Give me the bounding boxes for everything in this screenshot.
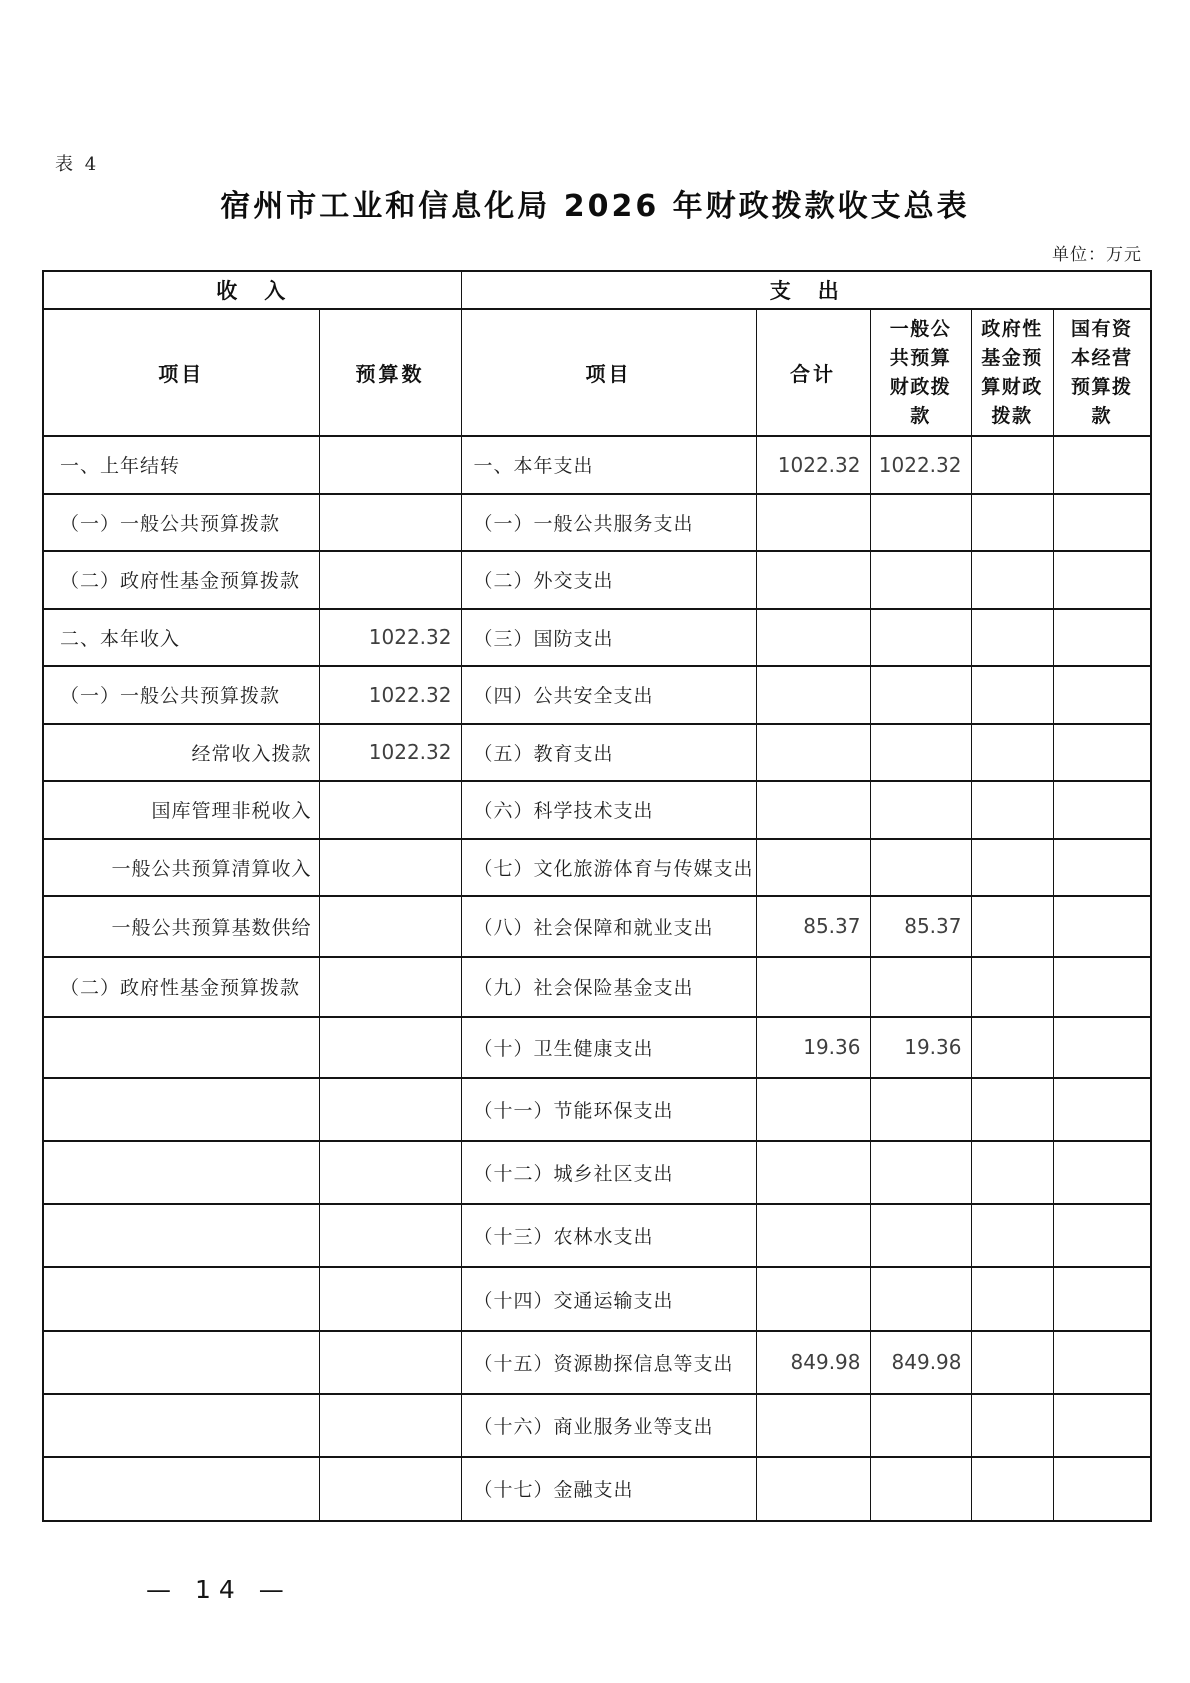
income-budget-cell xyxy=(319,1457,461,1520)
expense-total-cell xyxy=(756,609,870,667)
state-capital-budget-cell xyxy=(1053,436,1151,494)
expense-item-cell: （八）社会保障和就业支出 xyxy=(461,896,756,957)
expense-item-cell: （十二）城乡社区支出 xyxy=(461,1141,756,1204)
col-header-gov-fund-label: 政府性基金预算财政拨款 xyxy=(981,315,1043,431)
gov-fund-budget-cell xyxy=(971,609,1053,667)
income-item-cell xyxy=(43,1394,319,1457)
expense-total-cell xyxy=(756,551,870,609)
expense-item-cell: 一、本年支出 xyxy=(461,436,756,494)
income-budget-cell xyxy=(319,957,461,1018)
expense-item-cell: （二）外交支出 xyxy=(461,551,756,609)
table-row: （十四）交通运输支出 xyxy=(43,1267,1151,1330)
expense-total-cell: 849.98 xyxy=(756,1331,870,1394)
page-number: — 14 — xyxy=(146,1575,292,1604)
expense-item-cell: （十）卫生健康支出 xyxy=(461,1017,756,1078)
income-budget-cell: 1022.32 xyxy=(319,609,461,667)
income-item-cell xyxy=(43,1457,319,1520)
expense-item-cell: （十五）资源勘探信息等支出 xyxy=(461,1331,756,1394)
table-row: （十三）农林水支出 xyxy=(43,1204,1151,1267)
income-item-cell: 二、本年收入 xyxy=(43,609,319,667)
table-head: 收 入 支 出 项目 预算数 项目 合计 一般公共预算财政拨款 政府性基金预算财… xyxy=(43,271,1151,436)
state-capital-budget-cell xyxy=(1053,1204,1151,1267)
income-item-cell xyxy=(43,1204,319,1267)
gov-fund-budget-cell xyxy=(971,1267,1053,1330)
table-row: 国库管理非税收入 （六）科学技术支出 xyxy=(43,781,1151,839)
income-item-cell xyxy=(43,1017,319,1078)
unit-note: 单位：万元 xyxy=(1052,240,1142,265)
table-row: （二）政府性基金预算拨款 （九）社会保险基金支出 xyxy=(43,957,1151,1018)
state-capital-budget-cell xyxy=(1053,1017,1151,1078)
expense-item-cell: （九）社会保险基金支出 xyxy=(461,957,756,1018)
state-capital-budget-cell xyxy=(1053,1457,1151,1520)
col-header-state-capital-label: 国有资本经营预算拨款 xyxy=(1071,315,1133,431)
income-section-header: 收 入 xyxy=(43,271,461,309)
table-row: 一、上年结转 一、本年支出 1022.32 1022.32 xyxy=(43,436,1151,494)
table-row: （十一）节能环保支出 xyxy=(43,1078,1151,1141)
gov-fund-budget-cell xyxy=(971,1331,1053,1394)
section-header-row: 收 入 支 出 xyxy=(43,271,1151,309)
income-item-cell: （二）政府性基金预算拨款 xyxy=(43,957,319,1018)
gov-fund-budget-cell xyxy=(971,1141,1053,1204)
income-item-cell xyxy=(43,1078,319,1141)
col-header-total: 合计 xyxy=(756,309,870,436)
expense-total-cell xyxy=(756,1204,870,1267)
table-row: 经常收入拨款 1022.32 （五）教育支出 xyxy=(43,724,1151,782)
state-capital-budget-cell xyxy=(1053,494,1151,552)
expense-total-cell xyxy=(756,494,870,552)
income-budget-cell: 1022.32 xyxy=(319,666,461,724)
income-budget-cell xyxy=(319,781,461,839)
state-capital-budget-cell xyxy=(1053,1078,1151,1141)
table-row: 一般公共预算基数供给 （八）社会保障和就业支出 85.37 85.37 xyxy=(43,896,1151,957)
expense-item-cell: （十三）农林水支出 xyxy=(461,1204,756,1267)
state-capital-budget-cell xyxy=(1053,609,1151,667)
general-public-budget-cell xyxy=(870,957,971,1018)
expense-item-cell: （七）文化旅游体育与传媒支出 xyxy=(461,839,756,897)
col-header-income-item: 项目 xyxy=(43,309,319,436)
general-public-budget-cell xyxy=(870,781,971,839)
state-capital-budget-cell xyxy=(1053,1331,1151,1394)
income-budget-cell: 1022.32 xyxy=(319,724,461,782)
income-budget-cell xyxy=(319,896,461,957)
expense-item-cell: （五）教育支出 xyxy=(461,724,756,782)
expense-total-cell xyxy=(756,724,870,782)
state-capital-budget-cell xyxy=(1053,1141,1151,1204)
expense-item-cell: （四）公共安全支出 xyxy=(461,666,756,724)
expense-item-cell: （十六）商业服务业等支出 xyxy=(461,1394,756,1457)
expense-item-cell: （十七）金融支出 xyxy=(461,1457,756,1520)
income-item-cell: 经常收入拨款 xyxy=(43,724,319,782)
income-item-cell: 一般公共预算基数供给 xyxy=(43,896,319,957)
gov-fund-budget-cell xyxy=(971,666,1053,724)
expense-total-cell: 85.37 xyxy=(756,896,870,957)
expense-total-cell xyxy=(756,957,870,1018)
income-item-cell xyxy=(43,1267,319,1330)
income-item-cell: 一、上年结转 xyxy=(43,436,319,494)
table-row: （十七）金融支出 xyxy=(43,1457,1151,1520)
gov-fund-budget-cell xyxy=(971,1457,1053,1520)
state-capital-budget-cell xyxy=(1053,1267,1151,1330)
expense-total-cell xyxy=(756,1267,870,1330)
state-capital-budget-cell xyxy=(1053,666,1151,724)
income-budget-cell xyxy=(319,839,461,897)
expense-item-cell: （十四）交通运输支出 xyxy=(461,1267,756,1330)
general-public-budget-cell xyxy=(870,1141,971,1204)
general-public-budget-cell xyxy=(870,494,971,552)
table-row: （十五）资源勘探信息等支出 849.98 849.98 xyxy=(43,1331,1151,1394)
income-item-cell: 一般公共预算清算收入 xyxy=(43,839,319,897)
income-budget-cell xyxy=(319,1204,461,1267)
income-item-cell xyxy=(43,1141,319,1204)
general-public-budget-cell: 849.98 xyxy=(870,1331,971,1394)
state-capital-budget-cell xyxy=(1053,957,1151,1018)
column-header-row: 项目 预算数 项目 合计 一般公共预算财政拨款 政府性基金预算财政拨款 国有资本… xyxy=(43,309,1151,436)
expense-total-cell xyxy=(756,781,870,839)
expense-total-cell xyxy=(756,1078,870,1141)
expense-total-cell xyxy=(756,1457,870,1520)
table-row: （十六）商业服务业等支出 xyxy=(43,1394,1151,1457)
state-capital-budget-cell xyxy=(1053,1394,1151,1457)
table-row: （十）卫生健康支出 19.36 19.36 xyxy=(43,1017,1151,1078)
state-capital-budget-cell xyxy=(1053,724,1151,782)
table-row: （一）一般公共预算拨款 1022.32 （四）公共安全支出 xyxy=(43,666,1151,724)
income-budget-cell xyxy=(319,1394,461,1457)
income-budget-cell xyxy=(319,1078,461,1141)
expense-item-cell: （一）一般公共服务支出 xyxy=(461,494,756,552)
income-item-cell xyxy=(43,1331,319,1394)
general-public-budget-cell xyxy=(870,839,971,897)
income-budget-cell xyxy=(319,1331,461,1394)
table-body: 一、上年结转 一、本年支出 1022.32 1022.32 （一）一般公共预算拨… xyxy=(43,436,1151,1521)
state-capital-budget-cell xyxy=(1053,781,1151,839)
general-public-budget-cell xyxy=(870,1267,971,1330)
gov-fund-budget-cell xyxy=(971,781,1053,839)
page-title: 宿州市工业和信息化局 2026 年财政拨款收支总表 xyxy=(0,181,1190,225)
expense-total-cell xyxy=(756,1394,870,1457)
general-public-budget-cell xyxy=(870,724,971,782)
general-public-budget-cell xyxy=(870,551,971,609)
income-item-cell: （二）政府性基金预算拨款 xyxy=(43,551,319,609)
gov-fund-budget-cell xyxy=(971,551,1053,609)
gov-fund-budget-cell xyxy=(971,957,1053,1018)
state-capital-budget-cell xyxy=(1053,896,1151,957)
table-tag: 表 4 xyxy=(55,150,99,176)
table-row: 一般公共预算清算收入 （七）文化旅游体育与传媒支出 xyxy=(43,839,1151,897)
income-budget-cell xyxy=(319,1141,461,1204)
general-public-budget-cell xyxy=(870,1457,971,1520)
col-header-expense-item: 项目 xyxy=(461,309,756,436)
table-row: 二、本年收入 1022.32 （三）国防支出 xyxy=(43,609,1151,667)
table-row: （十二）城乡社区支出 xyxy=(43,1141,1151,1204)
expense-total-cell xyxy=(756,666,870,724)
general-public-budget-cell xyxy=(870,666,971,724)
general-public-budget-cell xyxy=(870,1204,971,1267)
gov-fund-budget-cell xyxy=(971,724,1053,782)
income-budget-cell xyxy=(319,436,461,494)
state-capital-budget-cell xyxy=(1053,551,1151,609)
income-item-cell: 国库管理非税收入 xyxy=(43,781,319,839)
col-header-gov-fund: 政府性基金预算财政拨款 xyxy=(971,309,1053,436)
general-public-budget-cell: 1022.32 xyxy=(870,436,971,494)
gov-fund-budget-cell xyxy=(971,494,1053,552)
state-capital-budget-cell xyxy=(1053,839,1151,897)
expense-item-cell: （十一）节能环保支出 xyxy=(461,1078,756,1141)
col-header-general-public-label: 一般公共预算财政拨款 xyxy=(890,315,952,431)
income-budget-cell xyxy=(319,1267,461,1330)
general-public-budget-cell: 85.37 xyxy=(870,896,971,957)
col-header-state-capital: 国有资本经营预算拨款 xyxy=(1053,309,1151,436)
col-header-budget: 预算数 xyxy=(319,309,461,436)
expense-total-cell: 1022.32 xyxy=(756,436,870,494)
expense-total-cell: 19.36 xyxy=(756,1017,870,1078)
document-page: 表 4 宿州市工业和信息化局 2026 年财政拨款收支总表 单位：万元 收 入 … xyxy=(0,0,1190,1683)
expense-section-header: 支 出 xyxy=(461,271,1151,309)
expense-total-cell xyxy=(756,1141,870,1204)
general-public-budget-cell xyxy=(870,1078,971,1141)
general-public-budget-cell xyxy=(870,609,971,667)
income-item-cell: （一）一般公共预算拨款 xyxy=(43,666,319,724)
table-row: （二）政府性基金预算拨款 （二）外交支出 xyxy=(43,551,1151,609)
col-header-general-public: 一般公共预算财政拨款 xyxy=(870,309,971,436)
general-public-budget-cell xyxy=(870,1394,971,1457)
income-budget-cell xyxy=(319,551,461,609)
gov-fund-budget-cell xyxy=(971,1017,1053,1078)
general-public-budget-cell: 19.36 xyxy=(870,1017,971,1078)
gov-fund-budget-cell xyxy=(971,1394,1053,1457)
expense-item-cell: （三）国防支出 xyxy=(461,609,756,667)
income-item-cell: （一）一般公共预算拨款 xyxy=(43,494,319,552)
table-row: （一）一般公共预算拨款 （一）一般公共服务支出 xyxy=(43,494,1151,552)
expense-item-cell: （六）科学技术支出 xyxy=(461,781,756,839)
gov-fund-budget-cell xyxy=(971,436,1053,494)
gov-fund-budget-cell xyxy=(971,1204,1053,1267)
gov-fund-budget-cell xyxy=(971,896,1053,957)
gov-fund-budget-cell xyxy=(971,839,1053,897)
income-budget-cell xyxy=(319,1017,461,1078)
income-budget-cell xyxy=(319,494,461,552)
expense-total-cell xyxy=(756,839,870,897)
gov-fund-budget-cell xyxy=(971,1078,1053,1141)
budget-table: 收 入 支 出 项目 预算数 项目 合计 一般公共预算财政拨款 政府性基金预算财… xyxy=(42,270,1152,1522)
